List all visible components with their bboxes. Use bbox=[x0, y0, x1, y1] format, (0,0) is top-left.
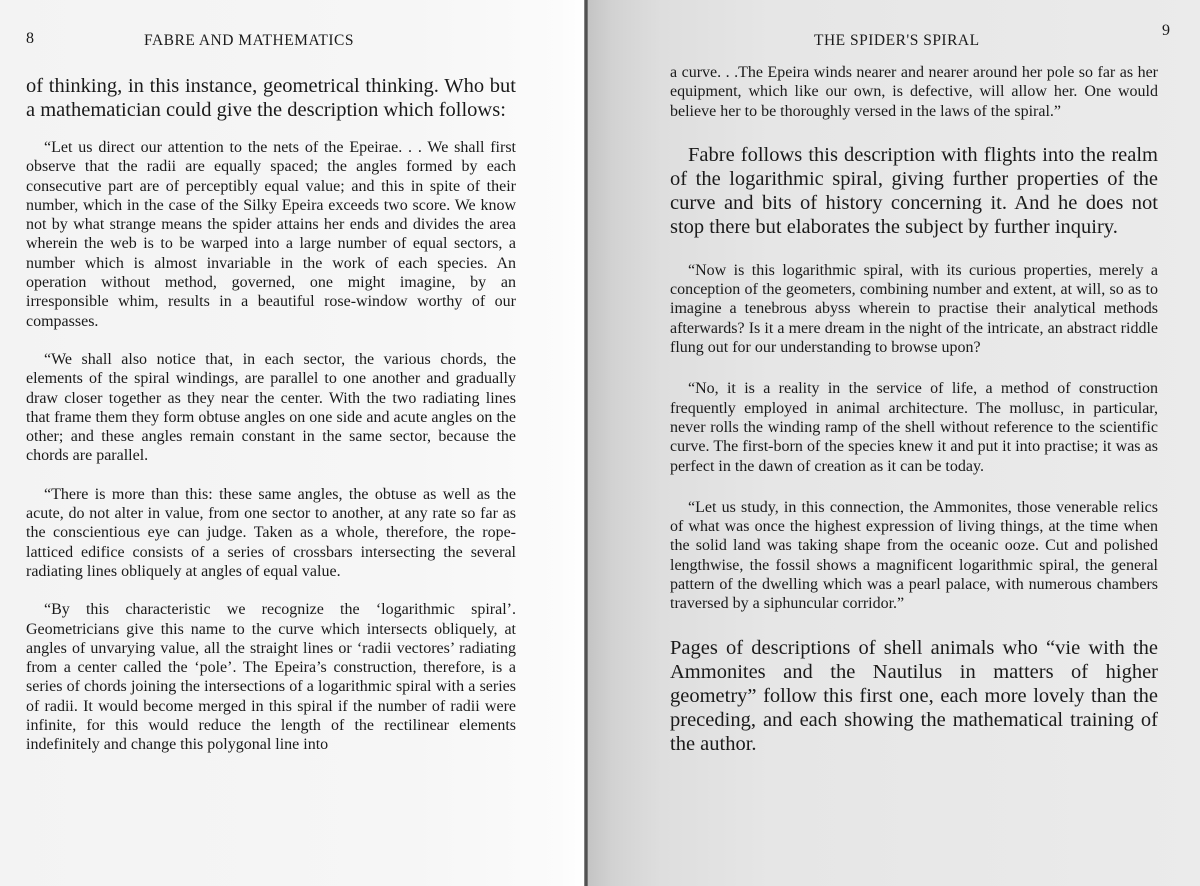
left-page: 8 FABRE AND MATHEMATICS of thinking, in … bbox=[0, 0, 584, 886]
block-quote-paragraph: “Let us direct our attention to the nets… bbox=[26, 138, 516, 331]
right-page: THE SPIDER'S SPIRAL 9 a curve. . .The Ep… bbox=[588, 0, 1200, 886]
block-quote-paragraph: “Let us study, in this connection, the A… bbox=[670, 498, 1158, 614]
running-head: FABRE AND MATHEMATICS bbox=[144, 32, 354, 50]
block-quote-paragraph: a curve. . .The Epeira winds nearer and … bbox=[670, 63, 1158, 121]
page-number: 9 bbox=[1162, 22, 1170, 40]
book-spread: 8 FABRE AND MATHEMATICS of thinking, in … bbox=[0, 0, 1200, 886]
paragraph: of thinking, in this instance, geometric… bbox=[26, 74, 516, 122]
block-quote-paragraph: “By this characteristic we recognize the… bbox=[26, 600, 516, 754]
page-text: of thinking, in this instance, geometric… bbox=[26, 74, 516, 755]
paragraph: Fabre follows this description with flig… bbox=[670, 143, 1158, 239]
paragraph: Pages of descriptions of shell animals w… bbox=[670, 636, 1158, 756]
block-quote-paragraph: “No, it is a reality in the service of l… bbox=[670, 379, 1158, 475]
running-head: THE SPIDER'S SPIRAL bbox=[814, 32, 980, 50]
block-quote-paragraph: “We shall also notice that, in each sect… bbox=[26, 350, 516, 466]
page-text: a curve. . .The Epeira winds nearer and … bbox=[670, 63, 1158, 756]
block-quote-paragraph: “Now is this logarithmic spiral, with it… bbox=[670, 261, 1158, 357]
page-number: 8 bbox=[26, 30, 34, 48]
block-quote-paragraph: “There is more than this: these same ang… bbox=[26, 485, 516, 581]
